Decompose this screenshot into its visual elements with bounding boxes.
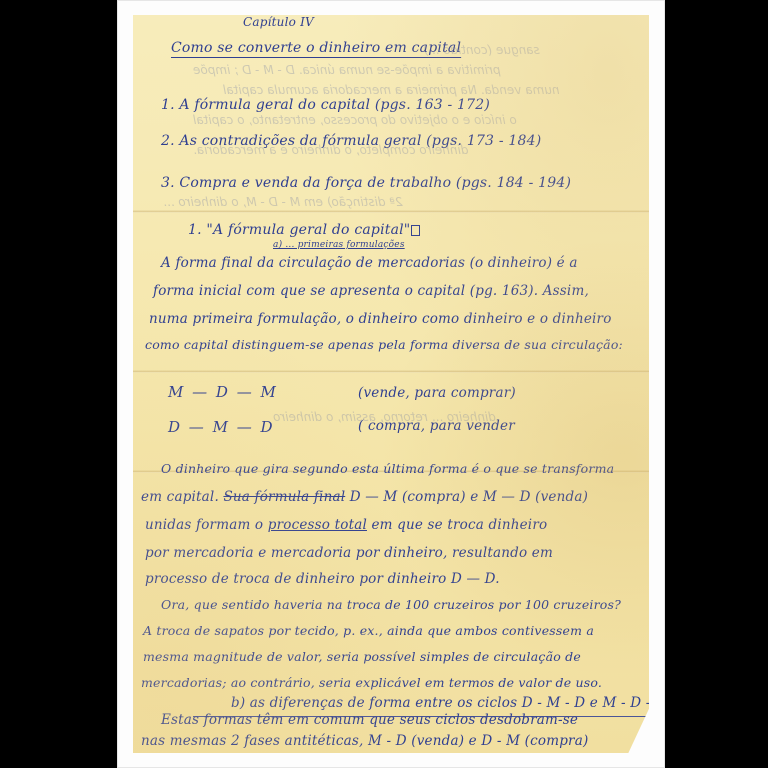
- section-subheading: a) ... primeiras formulações: [273, 240, 405, 250]
- paragraph-line: unidas formam o processo total em que se…: [145, 517, 547, 533]
- struck-text: Sua fórmula final: [223, 489, 345, 505]
- paragraph-line: nas mesmas 2 fases antitéticas, M - D (v…: [141, 733, 588, 749]
- formula-expression: D — M — D: [168, 418, 274, 436]
- paragraph-line: A forma final da circulação de mercadori…: [161, 255, 578, 271]
- paragraph-line: por mercadoria e mercadoria por dinheiro…: [145, 545, 553, 561]
- toc-item: 3. Compra e venda da força de trabalho (…: [161, 175, 571, 191]
- paragraph-line: numa primeira formulação, o dinheiro com…: [149, 311, 612, 327]
- underlined-text: processo total: [268, 517, 367, 533]
- paragraph-line: processo de troca de dinheiro por dinhei…: [145, 571, 500, 587]
- bleed-through-text: numa venda. Na primeira a mercadoria acu…: [223, 83, 559, 97]
- bleed-through-text: o início e o objetivo do processo, entre…: [193, 113, 517, 127]
- insertion-mark: [411, 225, 420, 236]
- formula-expression: M — D — M: [168, 383, 278, 401]
- paragraph-line: mesma magnitude de valor, seria possível…: [143, 649, 581, 664]
- paragraph-line: como capital distinguem-se apenas pela f…: [145, 337, 623, 352]
- formula-note: ( compra, para vender: [358, 418, 515, 434]
- toc-item: 1. A fórmula geral do capital (pgs. 163 …: [161, 97, 490, 113]
- paragraph-line: mercadorias; ao contrário, seria explicá…: [141, 675, 602, 690]
- paragraph-line: O dinheiro que gira segundo esta última …: [161, 461, 614, 476]
- paragraph-line: em capital. Sua fórmula final D — M (com…: [141, 489, 588, 505]
- section-heading: 1. "A fórmula geral do capital": [188, 222, 420, 238]
- subsection-heading: b) as diferenças de forma entre os ciclo…: [231, 695, 649, 711]
- chapter-label: Capítulo IV: [243, 15, 314, 29]
- page-title: Como se converte o dinheiro em capital: [171, 40, 461, 56]
- manuscript-page: sangue (contido ...) primitiva a impõe-s…: [133, 15, 649, 753]
- paragraph-line: Estas formas têm em comum que seus ciclo…: [161, 712, 578, 728]
- paragraph-line: forma inicial com que se apresenta o cap…: [153, 283, 589, 299]
- paragraph-line: A troca de sapatos por tecido, p. ex., a…: [143, 623, 594, 638]
- paragraph-line: Ora, que sentido haveria na troca de 100…: [161, 597, 621, 612]
- formula-note: (vende, para comprar): [358, 385, 516, 401]
- fold-crease: [133, 370, 649, 373]
- toc-item: 2. As contradições da fórmula geral (pgs…: [161, 133, 541, 149]
- fold-crease: [133, 210, 649, 213]
- bleed-through-text: primitiva a impõe-se numa única. D - M -…: [193, 63, 501, 77]
- bleed-through-text: 2ª distinção) em M - D - M, o dinheiro .…: [163, 195, 403, 209]
